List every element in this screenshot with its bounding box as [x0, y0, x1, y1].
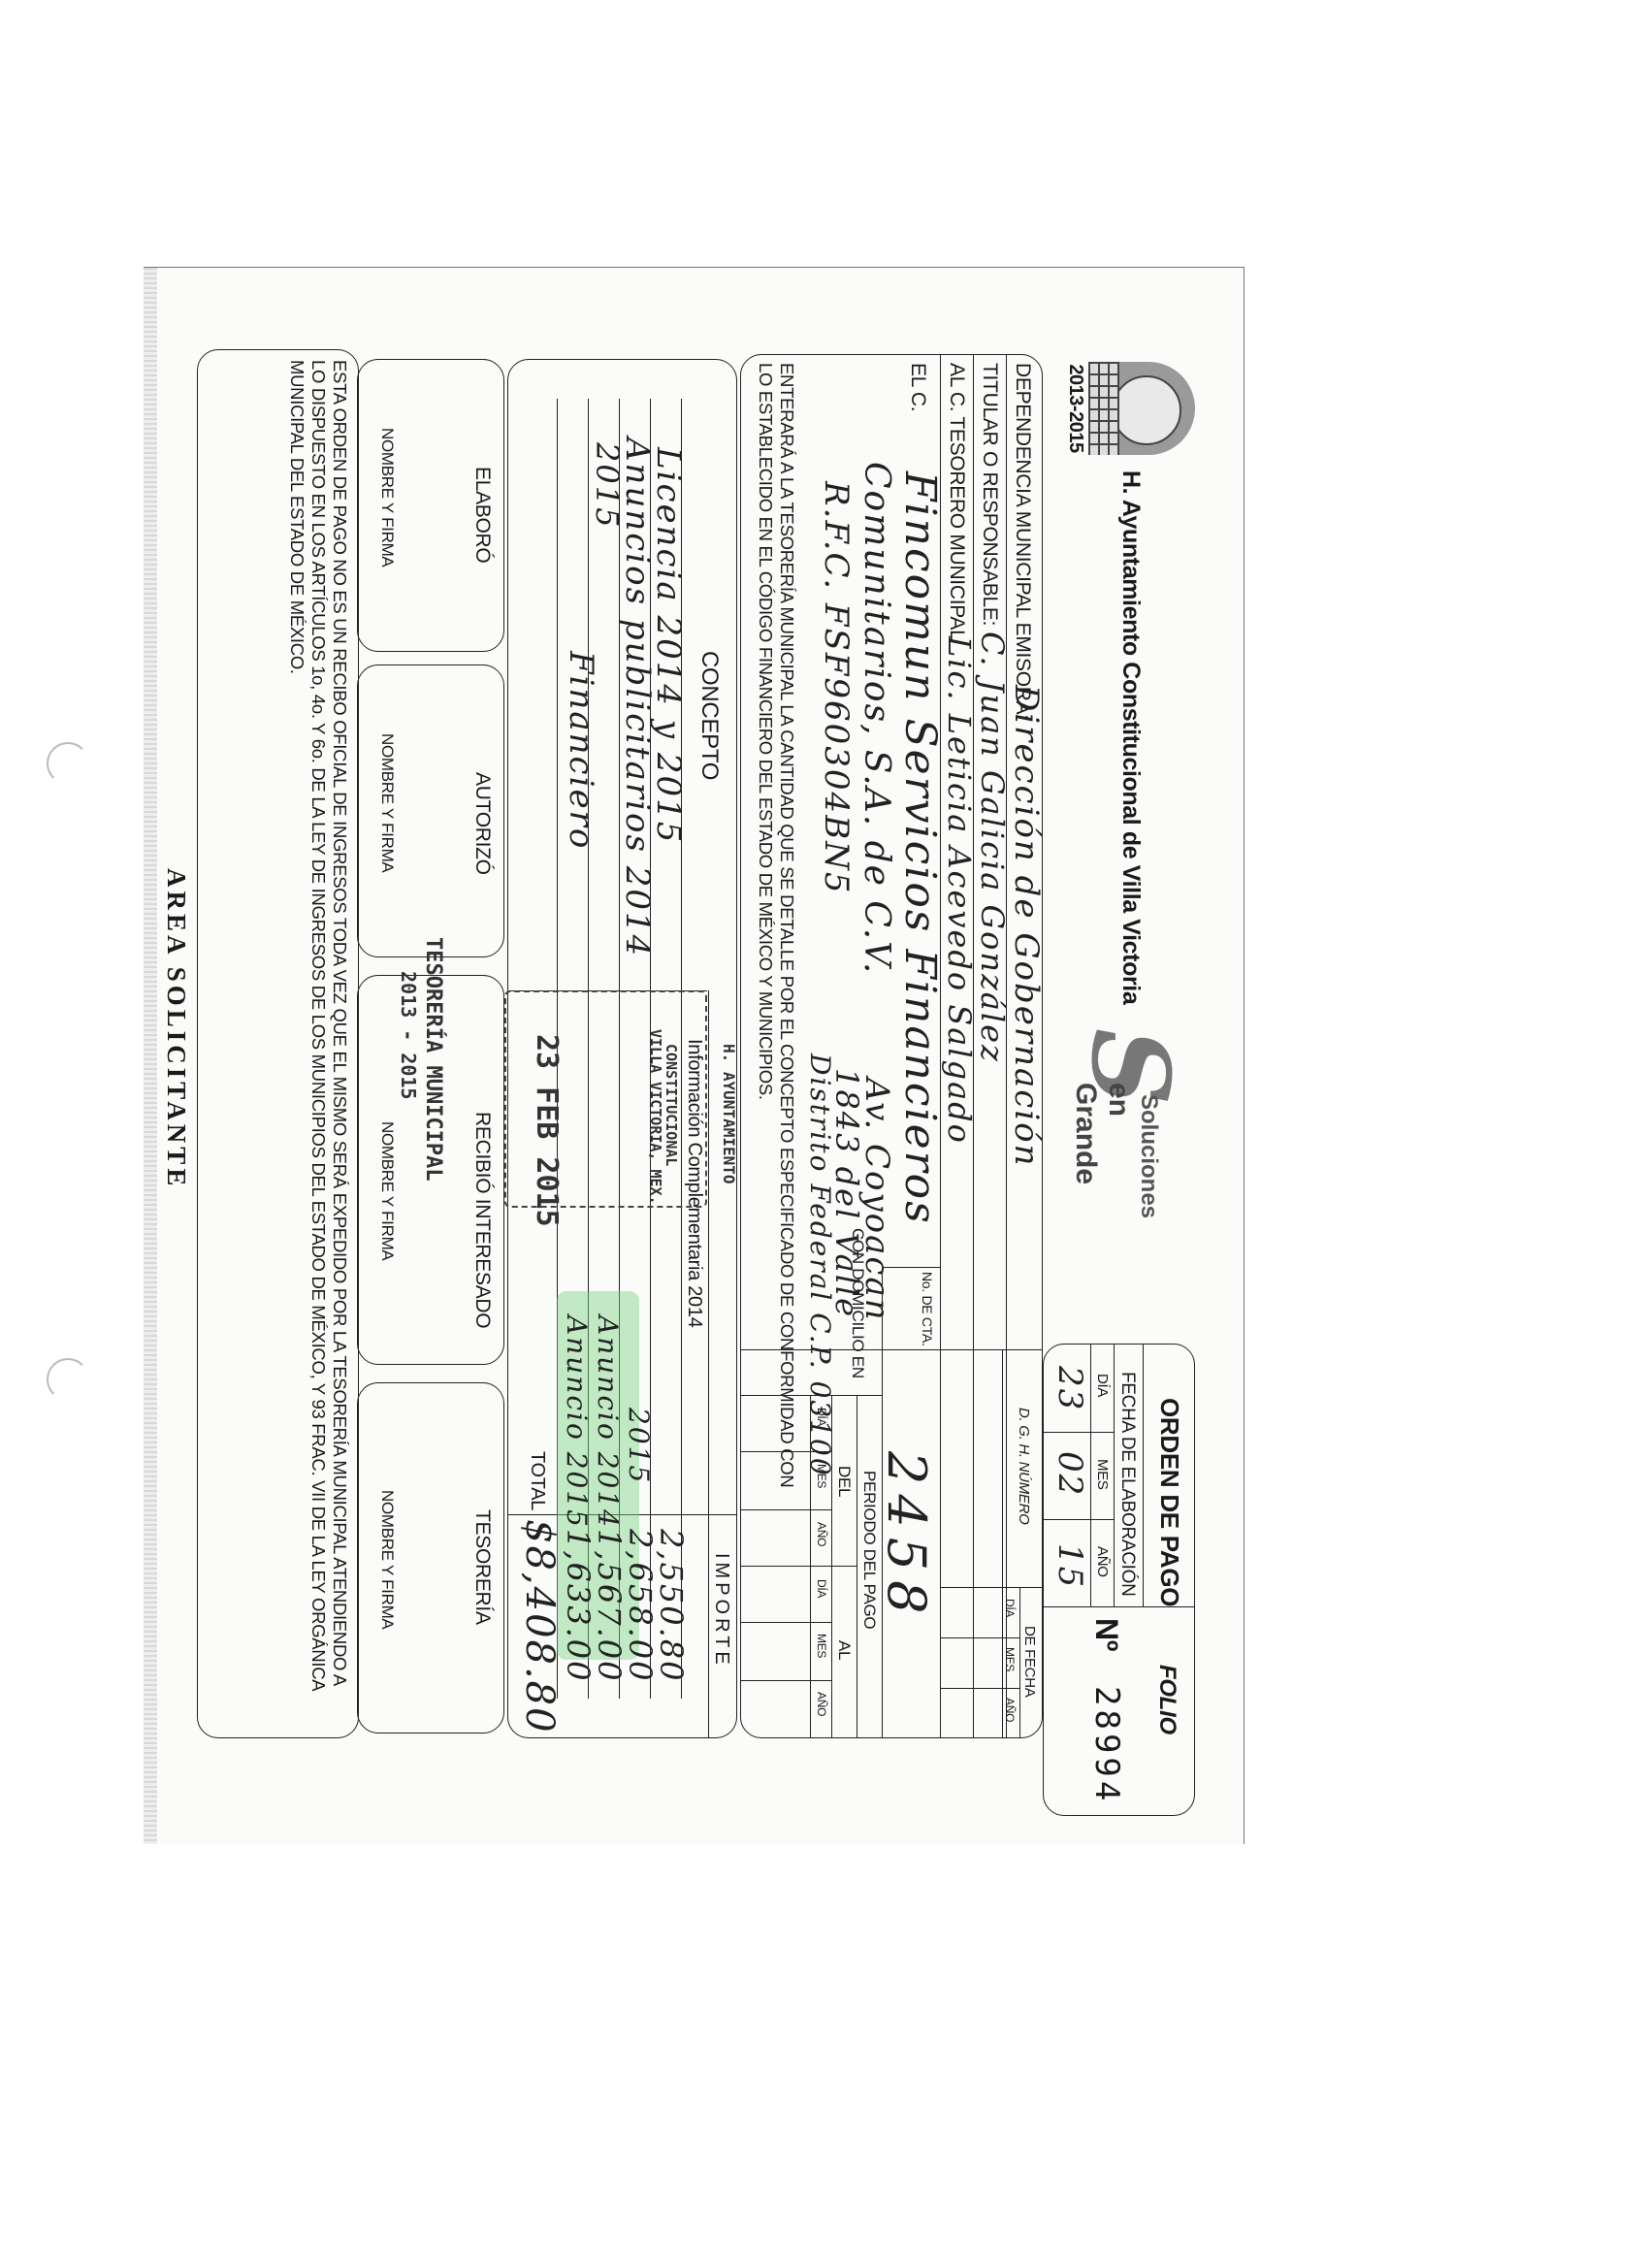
hole-punch-mark-top — [47, 742, 89, 785]
dependencia-label: DEPENDENCIA MUNICIPAL EMISORA: — [1011, 363, 1034, 720]
concepto-row-4: Financiero — [562, 651, 600, 850]
concepto-header: CONCEPTO — [695, 651, 723, 780]
fecha-dia-value: 23 — [1051, 1366, 1089, 1411]
total-label: TOTAL — [526, 1451, 548, 1510]
logo-grid-icon — [1088, 362, 1119, 455]
de-fecha-dia-label: DÍA — [1003, 1599, 1017, 1617]
stamp-line1: H. AYUNTAMIENTO — [720, 1044, 738, 1184]
el-c-label: EL C. — [906, 363, 929, 411]
stamp-line2: CONSTITUCIONAL — [663, 1044, 680, 1166]
signature-box-autorizo: AUTORIZÓ NOMBRE Y FIRMA — [357, 664, 504, 957]
logo-years: 2013-2015 — [1064, 362, 1086, 455]
detalle-row-4: Anuncio 2015 — [561, 1315, 593, 1529]
detalle-row-3: Anuncio 2014 — [592, 1315, 624, 1529]
dgh-numero-label: D. G. H. NÚMERO — [1016, 1408, 1032, 1525]
info-box: DEPENDENCIA MUNICIPAL EMISORA: Dirección… — [740, 354, 1043, 1738]
periodo-label: PERIODO DEL PAGO — [859, 1471, 879, 1629]
fecha-mes-value: 02 — [1051, 1451, 1089, 1497]
disclaimer-line2: LO DISPUESTO EN LOS ARTÍCULOS 1o, 4o. Y … — [307, 360, 329, 1691]
periodo-al-anio: AÑO — [815, 1692, 828, 1716]
stamp-line5: 2013 - 2015 — [397, 971, 420, 1099]
total-value: $8,408.80 — [517, 1519, 562, 1734]
periodo-al-label: AL — [834, 1640, 854, 1660]
no-cta-label: No. DE CTA. — [920, 1272, 935, 1346]
recibio-caption: NOMBRE Y FIRMA — [377, 1121, 397, 1260]
recibio-title: RECIBIÓ INTERESADO — [470, 1112, 494, 1328]
legal-line2: LO ESTABLECIDO EN EL CÓDIGO FINANCIERO D… — [755, 363, 776, 1100]
el-c-line2: Comunitarios, S.A. de C.V. — [857, 462, 896, 975]
folio-number: 28994 — [1087, 1686, 1126, 1804]
tesoreria-caption: NOMBRE Y FIRMA — [377, 1490, 397, 1629]
tesoreria-title: TESORERÍA — [470, 1509, 494, 1625]
hole-punch-mark-bottom — [47, 1358, 89, 1401]
importe-row-4: 1,633.00 — [560, 1529, 597, 1683]
detalle-row-2: 2015 — [623, 1408, 655, 1484]
disclaimer-line3: MUNICIPAL DEL ESTADO DE MÉXICO. — [286, 360, 307, 674]
domicilio-line3: Distrito Federal C.P. 03100 — [804, 1053, 836, 1477]
logo-emblem-icon — [1112, 375, 1181, 445]
signature-box-elaboro: ELABORÓ NOMBRE Y FIRMA — [357, 359, 504, 652]
area-solicitante: AREA SOLICITANTE — [161, 868, 191, 1189]
titular-value: C. Juan Galicia González — [974, 632, 1011, 1063]
periodo-al-dia: DÍA — [815, 1579, 828, 1598]
autorizo-caption: NOMBRE Y FIRMA — [377, 733, 397, 872]
de-fecha-label: DE FECHA — [1021, 1626, 1038, 1697]
elaboro-title: ELABORÓ — [470, 467, 494, 563]
autorizo-title: AUTORIZÓ — [470, 772, 494, 875]
orden-de-pago-title: ORDEN DE PAGO — [1154, 1398, 1184, 1606]
stamp-line4: TESORERÍA MUNICIPAL — [421, 937, 445, 1182]
concepto-row-3: 2015 — [589, 442, 626, 529]
periodo-del-label: DEL — [834, 1466, 854, 1497]
dependencia-value: Dirección de Gobernación — [1007, 685, 1046, 1168]
importe-header: IMPORTE — [710, 1553, 732, 1669]
signature-box-recibio: RECIBIÓ INTERESADO NOMBRE Y FIRMA TESORE… — [357, 975, 504, 1365]
brand-logo: S Soluciones en Grande — [1086, 1028, 1183, 1222]
elaboro-caption: NOMBRE Y FIRMA — [377, 428, 397, 567]
orden-de-pago-box: ORDEN DE PAGO FECHA DE ELABORACIÓN DÍA M… — [1043, 1344, 1195, 1816]
brand-line2: en Grande — [1069, 1083, 1135, 1222]
disclaimer-line1: ESTA ORDEN DE PAGO NO ES UN RECIBO OFICI… — [329, 360, 350, 1686]
mes-label: MES — [1094, 1459, 1111, 1490]
concepto-box: CONCEPTO IMPORTE Licencia 2014 y 2015 An… — [507, 359, 737, 1738]
dia-label: DÍA — [1094, 1374, 1111, 1397]
signature-box-tesoreria: TESORERÍA NOMBRE Y FIRMA — [357, 1382, 504, 1733]
municipal-logo: 2013-2015 — [1059, 362, 1195, 455]
fecha-elaboracion-label: FECHA DE ELABORACIÓN — [1116, 1372, 1138, 1597]
no-cta-value: 2458 — [876, 1451, 937, 1623]
disclaimer-box: ESTA ORDEN DE PAGO NO ES UN RECIBO OFICI… — [197, 349, 359, 1738]
el-c-line1: Fincomun Servicios Financieros — [895, 471, 945, 1225]
el-c-line3: R.F.C. FSF960304BN5 — [817, 481, 856, 895]
legal-line1: ENTERARÁ A LA TESORERÍA MUNICIPAL LA CAN… — [776, 363, 797, 1487]
tesorero-label: AL C. TESORERO MUNICIPAL — [945, 363, 968, 640]
fecha-anio-value: 15 — [1051, 1543, 1089, 1589]
tesorero-value: Lic. Leticia Acevedo Salgado — [941, 636, 978, 1145]
stamp-date: 23 FEB 2015 — [530, 1034, 564, 1227]
brand-line1: Soluciones — [1135, 1094, 1162, 1218]
payment-order-form: 2013-2015 H. Ayuntamiento Constitucional… — [144, 267, 1244, 1843]
institution-title: H. Ayuntamiento Constitucional de Villa … — [1116, 470, 1145, 1004]
de-fecha-mes-label: MES — [1003, 1647, 1017, 1671]
de-fecha-anio-label: AÑO — [1003, 1698, 1017, 1722]
titular-label: TITULAR O RESPONSABLE: — [978, 363, 1001, 626]
periodo-al-mes: MES — [815, 1634, 828, 1658]
folio-label: FOLIO — [1153, 1665, 1180, 1734]
folio-no-label: Nº — [1088, 1618, 1124, 1651]
periodo-del-anio: AÑO — [815, 1522, 828, 1546]
anio-label: AÑO — [1094, 1546, 1111, 1577]
stamp-line3: VILLA VICTORIA, MEX. — [647, 1029, 664, 1205]
